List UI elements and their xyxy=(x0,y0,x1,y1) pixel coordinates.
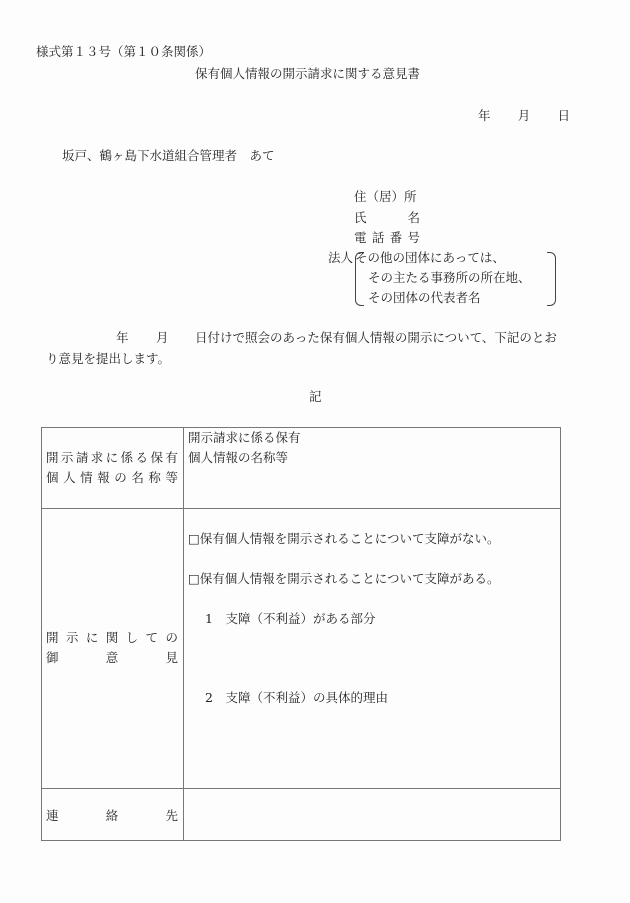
body-year: 年 xyxy=(116,330,129,346)
option-objection-checkbox[interactable]: □保有個人情報を開示されることについて支障がある。 xyxy=(188,571,500,587)
phone-label-char: 電 xyxy=(354,230,367,246)
phone-label-char: 話 xyxy=(372,230,385,246)
row1-label-line2: 個人情報の名称等 xyxy=(46,468,178,488)
label-char: に xyxy=(86,628,99,648)
body-month: 月 xyxy=(156,330,169,346)
label-char: る xyxy=(136,448,149,468)
label-char: 示 xyxy=(61,448,74,468)
address-label: 住（居）所 xyxy=(354,189,417,205)
corp-line-3: その団体の代表者名 xyxy=(368,290,481,306)
phone-label: 電 話 番 号 xyxy=(354,230,420,246)
label-char: 求 xyxy=(91,448,104,468)
row2-label-line1: 開示に関しての xyxy=(46,628,178,648)
corp-prefix: 法人 xyxy=(328,250,353,266)
name-label-char: 名 xyxy=(407,210,420,226)
name-label-char: 氏 xyxy=(354,210,367,226)
form-number: 様式第１３号（第１０条関係） xyxy=(36,44,211,60)
label-char: 保 xyxy=(150,448,163,468)
body-line-2: り意見を提出します。 xyxy=(46,351,170,367)
ki-heading: 記 xyxy=(309,389,322,405)
year-label: 年 xyxy=(478,108,491,124)
label-char: 報 xyxy=(97,468,110,488)
label-char: 名 xyxy=(131,468,144,488)
phone-label-char: 号 xyxy=(407,230,420,246)
corp-line-1: その他の団体にあっては、 xyxy=(355,250,505,266)
opinion-table: 開示請求に係る保有 個人情報の名称等 開示請求に係る保有 個人情報の名称等 開示… xyxy=(41,427,561,841)
label-char: 先 xyxy=(165,806,178,826)
addressee: 坂戸、鶴ヶ島下水道組合管理者 あて xyxy=(62,148,275,164)
label-char: 開 xyxy=(46,448,59,468)
day-label: 日 xyxy=(557,108,570,124)
row3-label: 連絡先 xyxy=(46,806,178,826)
label-char: 関 xyxy=(106,628,119,648)
corp-line-2: その主たる事務所の所在地、 xyxy=(368,270,531,286)
label-char: 示 xyxy=(66,628,79,648)
row1-value-line1: 開示請求に係る保有 xyxy=(188,430,301,446)
row-divider-1 xyxy=(42,508,560,509)
item-specific-reason: 2 支障（不利益）の具体的理由 xyxy=(205,690,388,706)
label-char: に xyxy=(106,448,119,468)
label-char: 有 xyxy=(165,448,178,468)
label-char: て xyxy=(146,628,159,648)
date-line: 年 月 日 xyxy=(478,108,570,124)
name-label: 氏 名 xyxy=(354,210,420,226)
column-divider xyxy=(183,428,184,840)
label-char: 意 xyxy=(106,648,119,668)
right-brace xyxy=(547,252,556,306)
row1-label-line1: 開示請求に係る保有 xyxy=(46,448,178,468)
label-char: 請 xyxy=(76,448,89,468)
document-title: 保有個人情報の開示請求に関する意見書 xyxy=(195,66,420,82)
phone-label-char: 番 xyxy=(390,230,403,246)
month-label: 月 xyxy=(518,108,531,124)
label-char: の xyxy=(165,628,178,648)
label-char: 見 xyxy=(165,648,178,668)
label-char: 御 xyxy=(46,648,59,668)
row1-value-line2: 個人情報の名称等 xyxy=(188,450,288,466)
label-char: 称 xyxy=(148,468,161,488)
label-char: 係 xyxy=(121,448,134,468)
label-char: 人 xyxy=(63,468,76,488)
item-affected-part: 1 支障（不利益）がある部分 xyxy=(205,611,375,627)
body-line-1: 日付けで照会のあった保有個人情報の開示について、下記のとお xyxy=(195,330,557,346)
row2-label-line2: 御意見 xyxy=(46,648,178,668)
label-char: の xyxy=(114,468,127,488)
label-char: 個 xyxy=(46,468,59,488)
label-char: 情 xyxy=(80,468,93,488)
label-char: し xyxy=(126,628,139,648)
label-char: 連 xyxy=(46,806,59,826)
row-divider-2 xyxy=(42,788,560,789)
label-char: 開 xyxy=(46,628,59,648)
label-char: 等 xyxy=(165,468,178,488)
option-no-objection-checkbox[interactable]: □保有個人情報を開示されることについて支障がない。 xyxy=(188,531,500,547)
label-char: 絡 xyxy=(106,806,119,826)
